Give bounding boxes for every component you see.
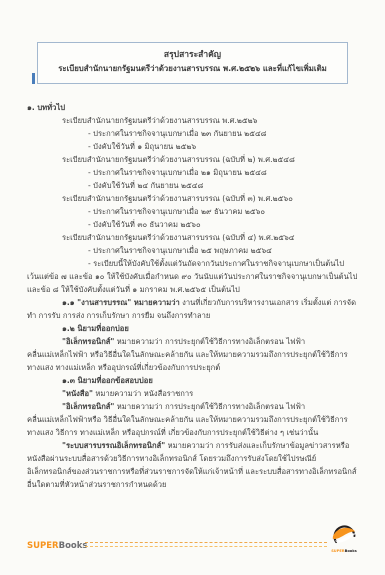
regulation-no2-title: ระเบียบสำนักนายกรัฐมนตรีว่าด้วยงานสารบรร…: [27, 153, 358, 166]
footer-brand: SUPERBooks: [27, 541, 87, 551]
footer-brand-super: SUPER: [27, 541, 59, 551]
definition-electronic-2: "อิเล็กทรอนิกส์" หมายความว่า การประยุกต์…: [27, 400, 358, 439]
logo-caption: SUPERBooks: [327, 549, 361, 554]
regulation-no2-effective-date: - บังคับใช้วันที่ ๒๔ กันยายน ๒๕๔๘: [27, 179, 358, 192]
text-cursor-artifact: [32, 73, 35, 84]
swoosh-icon: [331, 523, 357, 549]
regulation-no3-effective-date: - บังคับใช้วันที่ ๓๐ ธันวาคม ๒๕๖๐: [27, 218, 358, 231]
regulation-2526-effective-date: - บังคับใช้วันที่ ๑ มิถุนายน ๒๕๒๖: [27, 140, 358, 153]
logo-caption-books: Books: [345, 549, 357, 553]
regulation-no2-gazette-date: - ประกาศในราชกิจจานุเบกษาเมื่อ ๒๑ มิถุนา…: [27, 166, 358, 179]
definition-1-1-ngansaraban: ๑.๑ "งานสารบรรณ" หมายความว่า งานที่เกี่ย…: [27, 296, 358, 322]
logo-caption-super: SUPER: [331, 549, 344, 553]
regulation-2526-title: ระเบียบสำนักนายกรัฐมนตรีว่าด้วยงานสารบรร…: [27, 114, 358, 127]
definition-term: "อิเล็กทรอนิกส์": [62, 402, 114, 411]
subheading-1-3: ๑.๓ นิยามที่ออกข้อสอบบ่อย: [27, 374, 358, 387]
document-title: สรุปสาระสำคัญ: [42, 49, 343, 62]
regulation-2526-gazette-date: - ประกาศในราชกิจจานุเบกษาเมื่อ ๒๓ กันยาย…: [27, 127, 358, 140]
regulation-no4-title: ระเบียบสำนักนายกรัฐมนตรีว่าด้วยงานสารบรร…: [27, 231, 358, 244]
regulation-no3-gazette-date: - ประกาศในราชกิจจานุเบกษาเมื่อ ๒๙ ธันวาค…: [27, 205, 358, 218]
definition-nangsue: "หนังสือ" หมายความว่า หนังสือราชการ: [27, 387, 358, 400]
page-footer: SUPERBooks SUPERBooks: [27, 517, 361, 553]
title-box: สรุปสาระสำคัญ ระเบียบสำนักนายกรัฐมนตรีว่…: [37, 42, 348, 84]
section-heading: ๑. บททั่วไป: [27, 101, 358, 114]
regulation-no3-title: ระเบียบสำนักนายกรัฐมนตรีว่าด้วยงานสารบรร…: [27, 192, 358, 205]
document-body: ๑. บททั่วไป ระเบียบสำนักนายกรัฐมนตรีว่าด…: [27, 101, 358, 491]
document-page: สรุปสาระสำคัญ ระเบียบสำนักนายกรัฐมนตรีว่…: [0, 0, 385, 575]
definition-term: ๑.๑ "งานสารบรรณ" หมายความว่า: [62, 298, 180, 307]
footer-divider: [85, 542, 327, 547]
definition-electronic-saraban-system: "ระบบสารบรรณอิเล็กทรอนิกส์" หมายความว่า …: [27, 439, 358, 491]
definition-term: "อิเล็กทรอนิกส์": [62, 337, 114, 346]
document-subtitle: ระเบียบสำนักนายกรัฐมนตรีว่าด้วยงานสารบรร…: [42, 62, 343, 75]
subheading-1-2: ๑.๒ นิยามที่ออกบ่อย: [27, 322, 358, 335]
definition-electronic: "อิเล็กทรอนิกส์" หมายความว่า การประยุกต์…: [27, 335, 358, 374]
footer-brand-books: Books: [59, 541, 88, 551]
regulation-no4-effective-clause: - ระเบียบนี้ให้บังคับใช้ตั้งแต่วันถัดจาก…: [27, 257, 358, 296]
regulation-no4-gazette-date: - ประกาศในราชกิจจานุเบกษาเมื่อ ๒๕ พฤษภาค…: [27, 244, 358, 257]
definition-text: หมายความว่า หนังสือราชการ: [93, 389, 193, 398]
definition-term: "ระบบสารบรรณอิเล็กทรอนิกส์": [62, 441, 165, 450]
superbooks-logo: SUPERBooks: [327, 523, 361, 554]
definition-term: "หนังสือ": [62, 389, 93, 398]
